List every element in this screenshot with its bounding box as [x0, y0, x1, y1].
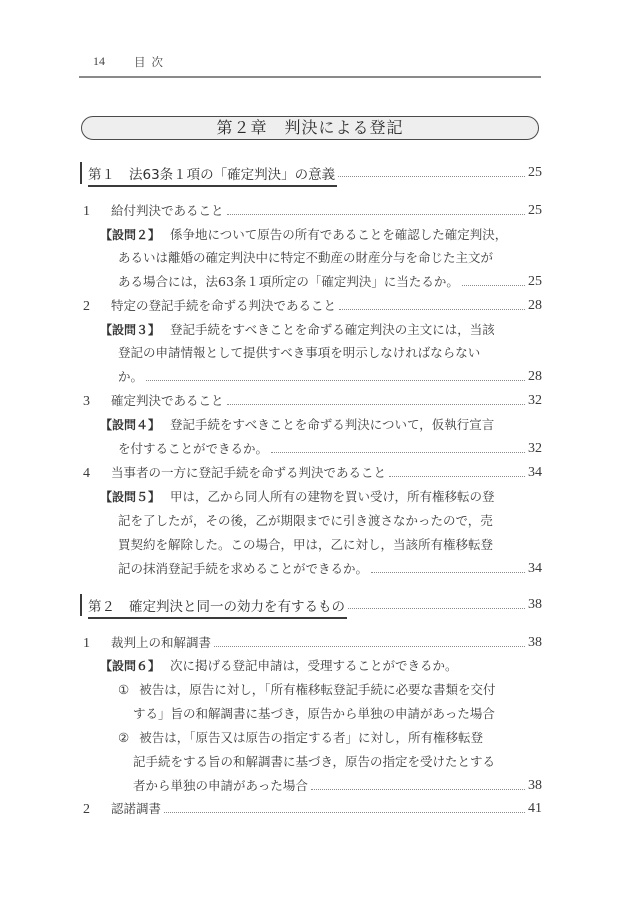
question-text: 登記手続をすべきことを命ずる確定判決の主文には，当該 — [170, 322, 495, 337]
toc-page: 14 目次 第２章 判決による登記 第１法63条１項の「確定判決」の意義 25 … — [0, 0, 642, 900]
sub-item-text-line: 記手続をする旨の和解調書に基づき，原告の指定を受けたとする — [133, 751, 542, 773]
page-ref: 34 — [528, 558, 542, 580]
item-title: 給付判決であること — [111, 203, 224, 218]
question-text: 甲は，乙から同人所有の建物を買い受け，所有権移転の登 — [170, 489, 495, 504]
page-ref: 25 — [528, 200, 542, 222]
page-ref: 38 — [528, 775, 542, 797]
question-text: 係争地について原告の所有であることを確認した確定判決， — [170, 227, 507, 242]
toc-entry[interactable]: 4当事者の一方に登記手続を命ずる判決であること 34 — [80, 462, 542, 484]
question-text-line: あるいは離婚の確定判決中に特定不動産の財産分与を命じた主文が — [118, 247, 542, 269]
dot-leader — [311, 788, 525, 790]
page-ref: 28 — [528, 366, 542, 388]
item-title: 認諾調書 — [111, 801, 161, 816]
sub-item-text-line: する」旨の和解調書に基づき，原告から単独の申請があった場合 — [133, 703, 542, 725]
item-number: 4 — [80, 463, 111, 485]
page-ref: 32 — [528, 438, 542, 460]
dot-leader — [348, 607, 525, 609]
item-number: 2 — [80, 296, 111, 318]
section-heading[interactable]: 第１法63条１項の「確定判決」の意義 25 第１法63条１項の「確定判決」の意義 — [80, 162, 542, 184]
section-title: 第２確定判決と同一の効力を有するもの — [88, 595, 347, 619]
question-text-line: 買契約を解除した。この場合，甲は，乙に対し，当該所有権移転登 — [118, 534, 542, 556]
page-ref: 25 — [528, 271, 542, 293]
question-entry[interactable]: 【設問２】係争地について原告の所有であることを確認した確定判決， — [100, 224, 542, 246]
sub-item-text: 被告は，「原告又は原告の指定する者」に対し，所有権移転登 — [139, 730, 483, 745]
question-label: 【設問６】 — [100, 659, 160, 673]
item-number: 3 — [80, 391, 111, 413]
dot-leader — [227, 403, 525, 405]
question-text: ある場合には，法63条１項所定の「確定判決」に当たるか。 — [118, 271, 461, 293]
sub-item: ②被告は，「原告又は原告の指定する者」に対し，所有権移転登 — [118, 727, 542, 749]
item-number: 1 — [80, 633, 111, 655]
question-label: 【設問５】 — [100, 490, 160, 504]
toc-entry[interactable]: 者から単独の申請があった場合 38 — [133, 775, 542, 797]
question-label: 【設問３】 — [100, 323, 160, 337]
question-label: 【設問２】 — [100, 228, 160, 242]
sub-item-marker: ② — [118, 730, 129, 745]
question-entry[interactable]: 【設問４】登記手続をすべきことを命ずる判決について，仮執行宣言 — [100, 414, 542, 436]
dot-leader — [338, 175, 525, 177]
sub-item: ①被告は，原告に対し，「所有権移転登記手続に必要な書類を交付 — [118, 679, 542, 701]
page-ref: 34 — [528, 462, 542, 484]
question-text: 記の抹消登記手続を求めることができるか。 — [118, 558, 370, 580]
item-number: 2 — [80, 799, 111, 821]
toc-entry[interactable]: ある場合には，法63条１項所定の「確定判決」に当たるか。 25 — [118, 271, 542, 293]
item-title: 当事者の一方に登記手続を命ずる判決であること — [111, 465, 386, 480]
question-text: を付することができるか。 — [118, 438, 270, 460]
sub-item-marker: ① — [118, 682, 129, 697]
section-title: 第１法63条１項の「確定判決」の意義 — [88, 163, 337, 187]
item-title: 特定の登記手続を命ずる判決であること — [111, 298, 336, 313]
question-text: 登記手続をすべきことを命ずる判決について，仮執行宣言 — [170, 417, 494, 432]
question-label: 【設問４】 — [100, 418, 160, 432]
toc-entry[interactable]: 2認諾調書 41 — [80, 798, 542, 820]
dot-leader — [339, 308, 525, 310]
toc-entry[interactable]: 1裁判上の和解調書 38 — [80, 632, 542, 654]
page-ref: 25 — [528, 162, 542, 184]
chapter-banner: 第２章 判決による登記 — [81, 116, 539, 140]
question-text-line: 記を了したが，その後，乙が期限までに引き渡さなかったので，売 — [118, 510, 542, 532]
dot-leader — [462, 284, 525, 286]
dot-leader — [214, 645, 525, 647]
page-ref: 32 — [528, 390, 542, 412]
toc-entry[interactable]: を付することができるか。 32 — [118, 438, 542, 460]
dot-leader — [389, 475, 525, 477]
dot-leader — [227, 213, 525, 215]
question-text-line: 登記の申請情報として提供すべき事項を明示しなければならない — [118, 342, 542, 364]
dot-leader — [271, 451, 525, 453]
running-title: 目次 — [134, 54, 169, 70]
page-number: 14 — [93, 54, 105, 69]
item-title: 裁判上の和解調書 — [111, 635, 211, 650]
question-entry[interactable]: 【設問３】登記手続をすべきことを命ずる確定判決の主文には，当該 — [100, 319, 542, 341]
page-ref: 38 — [528, 594, 542, 616]
question-entry[interactable]: 【設問５】甲は，乙から同人所有の建物を買い受け，所有権移転の登 — [100, 486, 542, 508]
page-ref: 28 — [528, 295, 542, 317]
item-number: 1 — [80, 201, 111, 223]
toc-entry[interactable]: 2特定の登記手続を命ずる判決であること 28 — [80, 295, 542, 317]
toc-entry[interactable]: 1給付判決であること 25 — [80, 200, 542, 222]
page-ref: 41 — [528, 798, 542, 820]
sub-item-text: 被告は，原告に対し，「所有権移転登記手続に必要な書類を交付 — [139, 682, 495, 697]
toc-entry[interactable]: 記の抹消登記手続を求めることができるか。 34 — [118, 558, 542, 580]
question-text: か。 — [118, 366, 145, 388]
sub-item-text: 者から単独の申請があった場合 — [133, 775, 310, 797]
toc-entry[interactable]: か。 28 — [118, 366, 542, 388]
running-header: 14 目次 — [79, 52, 541, 78]
dot-leader — [164, 811, 525, 813]
page-ref: 38 — [528, 632, 542, 654]
toc-entry[interactable]: 3確定判決であること 32 — [80, 390, 542, 412]
dot-leader — [146, 379, 525, 381]
question-entry[interactable]: 【設問６】次に掲げる登記申請は，受理することができるか。 — [100, 655, 542, 677]
item-title: 確定判決であること — [111, 393, 224, 408]
section-heading[interactable]: 第２確定判決と同一の効力を有するもの 38 第２確定判決と同一の効力を有するもの — [80, 594, 542, 616]
question-text: 次に掲げる登記申請は，受理することができるか。 — [170, 658, 458, 673]
chapter-title: 第２章 判決による登記 — [216, 118, 403, 137]
dot-leader — [371, 571, 525, 573]
